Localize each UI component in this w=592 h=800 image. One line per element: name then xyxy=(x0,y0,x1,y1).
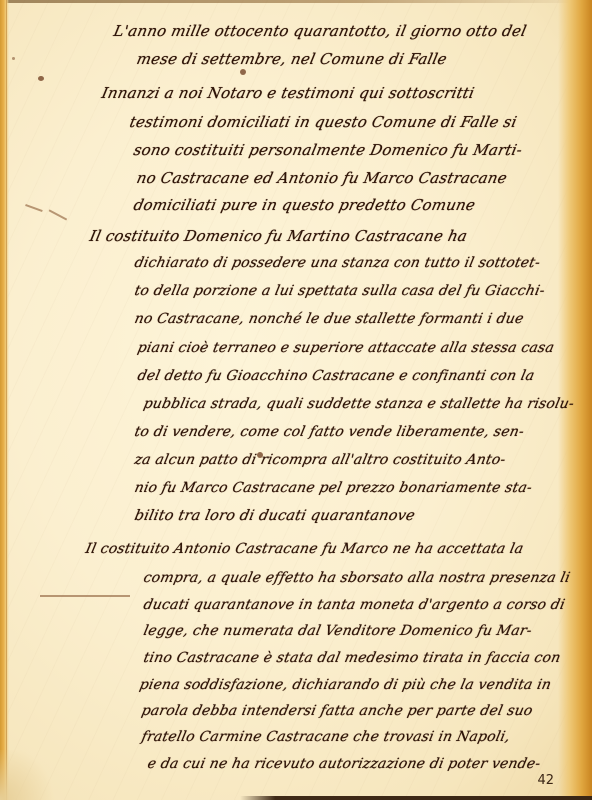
text-line: mese di settembre, nel Comune di Falle xyxy=(135,50,449,68)
text-line: piena soddisfazione, dichiarando di più … xyxy=(138,677,553,693)
text-line: fratello Carmine Castracane che trovasi … xyxy=(140,729,512,745)
text-line: to di vendere, come col fatto vende libe… xyxy=(133,424,526,440)
text-line: e da cui ne ha ricevuto autorizzazione d… xyxy=(146,756,542,772)
text-line: ducati quarantanove in tanta moneta d'ar… xyxy=(142,597,566,613)
text-line: del detto fu Gioacchino Castracane e con… xyxy=(136,368,536,384)
text-line: compra, a quale effetto ha sborsato alla… xyxy=(142,570,572,586)
text-line: no Castracane ed Antonio fu Marco Castra… xyxy=(135,169,509,187)
text-line: domiciliati pure in questo predetto Comu… xyxy=(132,196,477,214)
text-line: testimoni domiciliati in questo Comune d… xyxy=(128,113,519,131)
text-line: Il costituito Domenico fu Martino Castra… xyxy=(88,227,469,245)
text-line: Il costituito Antonio Castracane fu Marc… xyxy=(84,541,525,557)
text-line: sono costituiti personalmente Domenico f… xyxy=(132,141,524,159)
handwritten-text-body: L'anno mille ottocento quarantotto, il g… xyxy=(0,0,592,800)
manuscript-page: L'anno mille ottocento quarantotto, il g… xyxy=(0,0,592,800)
text-line: piani cioè terraneo e superiore attaccat… xyxy=(136,340,556,356)
text-line: za alcun patto di ricompra all'altro cos… xyxy=(133,452,507,468)
text-line: pubblica strada, quali suddette stanza e… xyxy=(142,396,576,412)
text-line: nio fu Marco Castracane pel prezzo bonar… xyxy=(133,480,534,496)
text-line: to della porzione a lui spettata sulla c… xyxy=(133,283,546,299)
text-line: tino Castracane è stata dal medesimo tir… xyxy=(142,650,562,666)
text-line: dichiarato di possedere una stanza con t… xyxy=(133,255,542,271)
text-line: bilito tra loro di ducati quarantanove xyxy=(133,508,416,524)
text-line: L'anno mille ottocento quarantotto, il g… xyxy=(112,22,528,40)
page-number: 42 xyxy=(537,773,554,788)
text-line: no Castracane, nonché le due stallette f… xyxy=(133,311,525,327)
text-line: parola debba intendersi fatta anche per … xyxy=(140,703,534,719)
text-line: Innanzi a noi Notaro e testimoni qui sot… xyxy=(100,84,476,102)
text-line: legge, che numerata dal Venditore Domeni… xyxy=(142,623,533,639)
